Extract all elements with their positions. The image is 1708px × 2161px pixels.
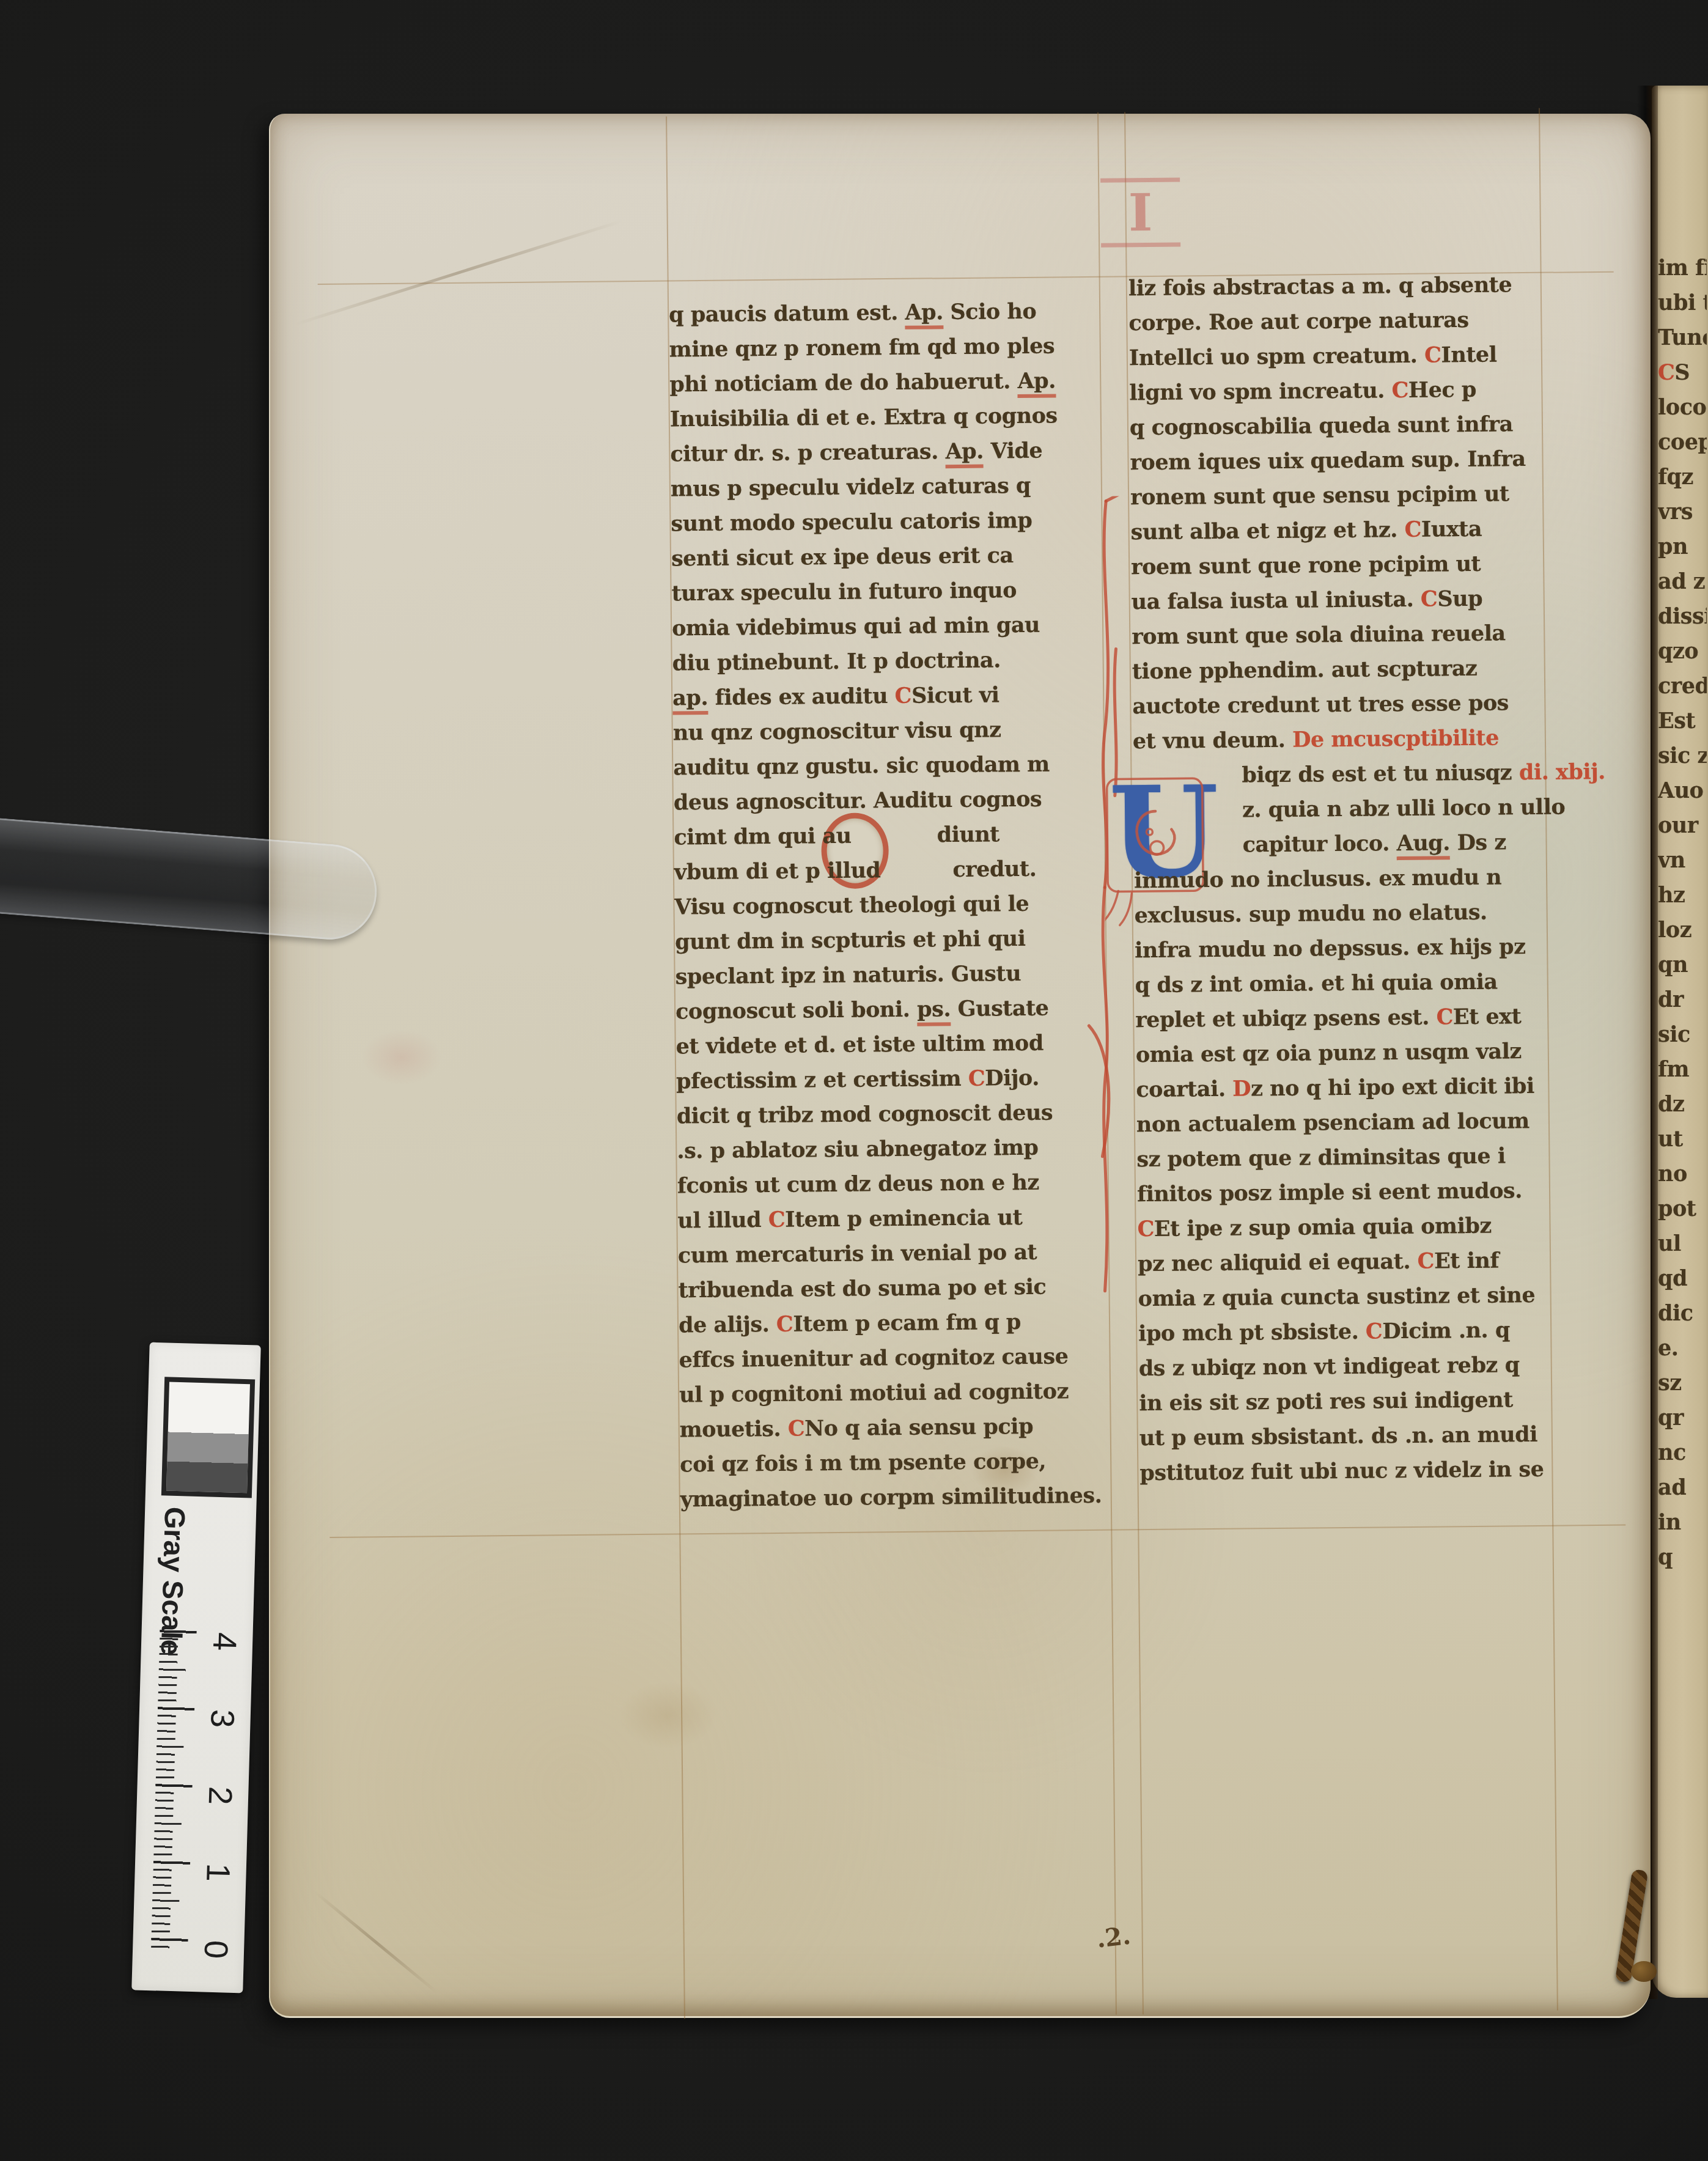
- manuscript-text-line: sic z: [1658, 743, 1707, 778]
- ruler-number: 3: [205, 1701, 240, 1736]
- manuscript-text-line: turax speculu in futuro inquo: [671, 577, 1107, 616]
- manuscript-text-line: sunt alba et nigz et hz. CIuxta: [1130, 516, 1559, 555]
- manuscript-text-line: fconis ut cum dz deus non e hz: [677, 1169, 1113, 1209]
- manuscript-text-line: loz: [1658, 918, 1707, 952]
- manuscript-text-line: ad z: [1658, 569, 1707, 604]
- manuscript-text-line: ligni vo spm increatu. CHec p: [1129, 377, 1558, 416]
- quire-signature-mark: .2.: [1095, 1921, 1132, 1954]
- manuscript-text-line: mine qnz p ronem fm qd mo ples: [669, 333, 1105, 372]
- manuscript-text-line: deus agnoscitur. Auditu cognos: [674, 786, 1110, 825]
- manuscript-text-line: q ds z int omia. et hi quia omia: [1135, 969, 1564, 1008]
- ruling-line-horizontal: [329, 1525, 1625, 1538]
- manuscript-text-line: nc: [1658, 1440, 1707, 1475]
- manuscript-text-line: sz: [1658, 1371, 1707, 1405]
- manuscript-text-line: vbum di et p illudcredut.: [674, 856, 1110, 895]
- manuscript-text-line: dic: [1658, 1301, 1707, 1336]
- manuscript-text-line: Tunc: [1658, 325, 1707, 360]
- manuscript-text-line: pn: [1658, 534, 1707, 569]
- ruler-number: 0: [198, 1932, 234, 1967]
- manuscript-text-line: qd: [1658, 1266, 1707, 1301]
- parchment-crease: [314, 1891, 439, 1994]
- manuscript-text-line: biqz ds est et tu niusqz di. xbij.: [1133, 760, 1561, 799]
- manuscript-text-line: ad: [1658, 1475, 1707, 1510]
- next-leaf-text-fragments: im fiubi tmTuncCSlococoepfqzvrspnad zdis…: [1658, 256, 1707, 1580]
- manuscript-text-line: CS: [1658, 360, 1707, 395]
- manuscript-text-line: Est: [1658, 709, 1707, 743]
- manuscript-text-line: ua falsa iusta ul iniusta. CSup: [1132, 586, 1560, 625]
- manuscript-text-line: qzo: [1658, 639, 1707, 674]
- manuscript-text-line: capitur loco. Aug. Ds z: [1133, 830, 1562, 869]
- manuscript-text-line: ap. fides ex auditu CSicut vi: [672, 682, 1108, 721]
- gray-scale-card: Gray Scale 43210: [131, 1342, 261, 1993]
- manuscript-text-line: ut: [1658, 1127, 1707, 1161]
- manuscript-text-line: senti sicut ex ipe deus erit ca: [671, 542, 1107, 581]
- manuscript-text-line: ymaginatoe uo corpm similitudines.: [680, 1483, 1116, 1522]
- manuscript-text-line: diu ptinebunt. It p doctrina.: [672, 647, 1108, 686]
- manuscript-text-line: in: [1658, 1510, 1707, 1545]
- manuscript-text-line: im fi: [1658, 256, 1707, 290]
- manuscript-text-line: fm: [1658, 1057, 1707, 1092]
- ruler-number: 1: [201, 1855, 236, 1890]
- manuscript-text-line: coartai. Dz no q hi ipo ext dicit ibi: [1136, 1073, 1564, 1113]
- manuscript-text-line: Auo: [1658, 778, 1707, 813]
- manuscript-text-line: cimt dm qui audiunt: [674, 821, 1110, 860]
- manuscript-text-line: ul: [1658, 1231, 1707, 1266]
- manuscript-text-line: in eis sit sz poti res sui indigent: [1139, 1387, 1567, 1426]
- manuscript-text-line: sz potem que z diminsitas que i: [1136, 1143, 1565, 1182]
- manuscript-text-line: cognoscut soli boni. ps. Gustate: [675, 995, 1111, 1034]
- manuscript-text-line: our: [1658, 813, 1707, 848]
- manuscript-text-line: e.: [1658, 1336, 1707, 1371]
- manuscript-text-line: exclusus. sup mudu no elatus.: [1134, 899, 1563, 938]
- manuscript-text-line: q cognoscabilia queda sunt infra: [1130, 411, 1558, 451]
- manuscript-text-line: dicit q tribz mod cognoscit deus: [677, 1100, 1113, 1139]
- manuscript-text-line: dissi: [1658, 604, 1707, 639]
- manuscript-text-line: sic: [1658, 1022, 1707, 1057]
- manuscript-text-line: et vnu deum. De mcuscptibilite: [1133, 725, 1561, 764]
- manuscript-text-line: omia z quia cuncta sustinz et sine: [1138, 1283, 1566, 1322]
- manuscript-text-line: speclant ipz in naturis. Gustu: [675, 960, 1111, 1000]
- manuscript-text-line: pfectissim z et certissim CDijo.: [676, 1065, 1112, 1104]
- manuscript-text-line: ul p cognitoni motiui ad cognitoz: [679, 1379, 1115, 1418]
- manuscript-text-line: tribuenda est do suma po et sic: [678, 1274, 1114, 1313]
- manuscript-text-line: nu qnz cognoscitur visu qnz: [673, 716, 1109, 756]
- manuscript-text-line: z. quia n abz ulli loco n ullo: [1133, 795, 1562, 834]
- parchment-crease: [295, 220, 622, 326]
- manuscript-text-line: tione pphendim. aut scpturaz: [1132, 655, 1561, 694]
- manuscript-text-line: rom sunt que sola diuina reuela: [1132, 620, 1560, 660]
- manuscript-text-line: fqz: [1658, 465, 1707, 499]
- manuscript-text-line: de alijs. CItem p ecam fm q p: [679, 1309, 1114, 1348]
- manuscript-text-line: auctote credunt ut tres esse pos: [1132, 690, 1561, 729]
- manuscript-text-line: Intellci uo spm creatum. CIntel: [1129, 342, 1558, 381]
- manuscript-text-line: cum mercaturis in venial po at: [678, 1239, 1114, 1278]
- manuscript-text-line: non actualem psenciam ad locum: [1136, 1108, 1565, 1147]
- manuscript-text-line: ubi tm: [1658, 290, 1707, 325]
- manuscript-text-line: coep: [1658, 430, 1707, 465]
- manuscript-text-line: sunt modo speculu catoris imp: [671, 507, 1106, 547]
- stain: [361, 1029, 441, 1085]
- manuscript-text-line: infra mudu no depssus. ex hijs pz: [1135, 934, 1563, 973]
- manuscript-text-line: hz: [1658, 883, 1707, 918]
- manuscript-text-line: effcs inuenitur ad cognitoz cause: [679, 1344, 1114, 1383]
- manuscript-text-line: no: [1658, 1161, 1707, 1196]
- manuscript-text-line: roem iques uix quedam sup. Infra: [1130, 446, 1558, 485]
- manuscript-text-line: qr: [1658, 1405, 1707, 1440]
- manuscript-text-line: liz fois abstractas a m. q absente: [1128, 272, 1557, 311]
- manuscript-text-line: .s. p ablatoz siu abnegatoz imp: [677, 1135, 1113, 1174]
- manuscript-text-line: ipo mch pt sbsiste. CDicim .n. q: [1138, 1317, 1567, 1357]
- manuscript-text-line: pot: [1658, 1196, 1707, 1231]
- binding-cord-knot: [1631, 1961, 1657, 1982]
- gray-patch-swatches: [161, 1377, 255, 1498]
- manuscript-text-line: q paucis datum est. Ap. Scio ho: [669, 298, 1105, 337]
- manuscript-text-line: vrs: [1658, 499, 1707, 534]
- manuscript-text-line: omia est qz oia punz n usqm valz: [1136, 1039, 1564, 1078]
- manuscript-text-line: phi noticiam de do habuerut. Ap.: [669, 368, 1105, 407]
- manuscript-text-line: replet et ubiqz psens est. CEt ext: [1135, 1004, 1564, 1043]
- manuscript-text-line: dr: [1658, 987, 1707, 1022]
- text-column-right: liz fois abstractas a m. q absentecorpe.…: [1128, 272, 1568, 1496]
- manuscript-text-line: qn: [1658, 952, 1707, 987]
- manuscript-text-line: Visu cognoscut theologi qui le: [674, 891, 1110, 930]
- manuscript-text-line: et videte et d. et iste ultim mod: [675, 1030, 1111, 1069]
- text-column-left: q paucis datum est. Ap. Scio homine qnz …: [669, 298, 1116, 1522]
- manuscript-text-line: q: [1658, 1545, 1707, 1580]
- manuscript-text-line: inmudo no inclusus. ex mudu n: [1134, 864, 1563, 904]
- manuscript-text-line: Inuisibilia di et e. Extra q cognos: [670, 403, 1106, 442]
- folio-number-mark: I: [1100, 177, 1180, 247]
- manuscript-text-line: roem sunt que rone pcipim ut: [1131, 551, 1559, 590]
- ruler-number: 2: [202, 1778, 238, 1813]
- stain: [619, 1681, 717, 1750]
- manuscript-text-line: mouetis. CNo q aia sensu pcip: [680, 1413, 1116, 1452]
- manuscript-text-line: crede: [1658, 674, 1707, 709]
- manuscript-page: I .2. U: [269, 114, 1651, 2018]
- manuscript-text-line: pz nec aliquid ei equat. CEt inf: [1138, 1248, 1566, 1287]
- manuscript-photo: im fiubi tmTuncCSlococoepfqzvrspnad zdis…: [0, 0, 1708, 2161]
- manuscript-text-line: vn: [1658, 848, 1707, 883]
- manuscript-text-line: omia videbimus qui ad min gau: [672, 612, 1108, 651]
- manuscript-text-line: ronem sunt que sensu pcipim ut: [1130, 481, 1559, 520]
- ruler-ticks-unit: [151, 1630, 197, 1954]
- manuscript-text-line: CEt ipe z sup omia quia omibz: [1137, 1213, 1566, 1252]
- next-leaf-edge: im fiubi tmTuncCSlococoepfqzvrspnad zdis…: [1652, 86, 1708, 1998]
- manuscript-text-line: loco: [1658, 395, 1707, 430]
- ruler-number: 4: [207, 1624, 242, 1660]
- manuscript-text-line: citur dr. s. p creaturas. Ap. Vide: [670, 438, 1106, 477]
- manuscript-text-line: coi qz fois i m tm psente corpe,: [680, 1448, 1116, 1487]
- manuscript-text-line: ds z ubiqz non vt indigeat rebz q: [1139, 1352, 1567, 1391]
- manuscript-text-line: finitos posz imple si eent mudos.: [1137, 1178, 1566, 1217]
- manuscript-text-line: ul illud CItem p eminencia ut: [677, 1204, 1113, 1243]
- manuscript-text-line: auditu qnz gustu. sic quodam m: [673, 751, 1109, 790]
- page-content: I .2. U: [261, 107, 1660, 2023]
- manuscript-text-line: ut p eum sbsistant. ds .n. an mudi: [1139, 1421, 1568, 1460]
- manuscript-text-line: mus p speculu videlz caturas q: [671, 473, 1106, 512]
- manuscript-text-line: pstitutoz fuit ubi nuc z videlz in se: [1139, 1456, 1568, 1495]
- manuscript-text-line: gunt dm in scpturis et phi qui: [675, 926, 1111, 965]
- manuscript-text-line: dz: [1658, 1092, 1707, 1127]
- ruler-numbers: 43210: [150, 1342, 261, 1346]
- manuscript-text-line: corpe. Roe aut corpe naturas: [1128, 307, 1557, 346]
